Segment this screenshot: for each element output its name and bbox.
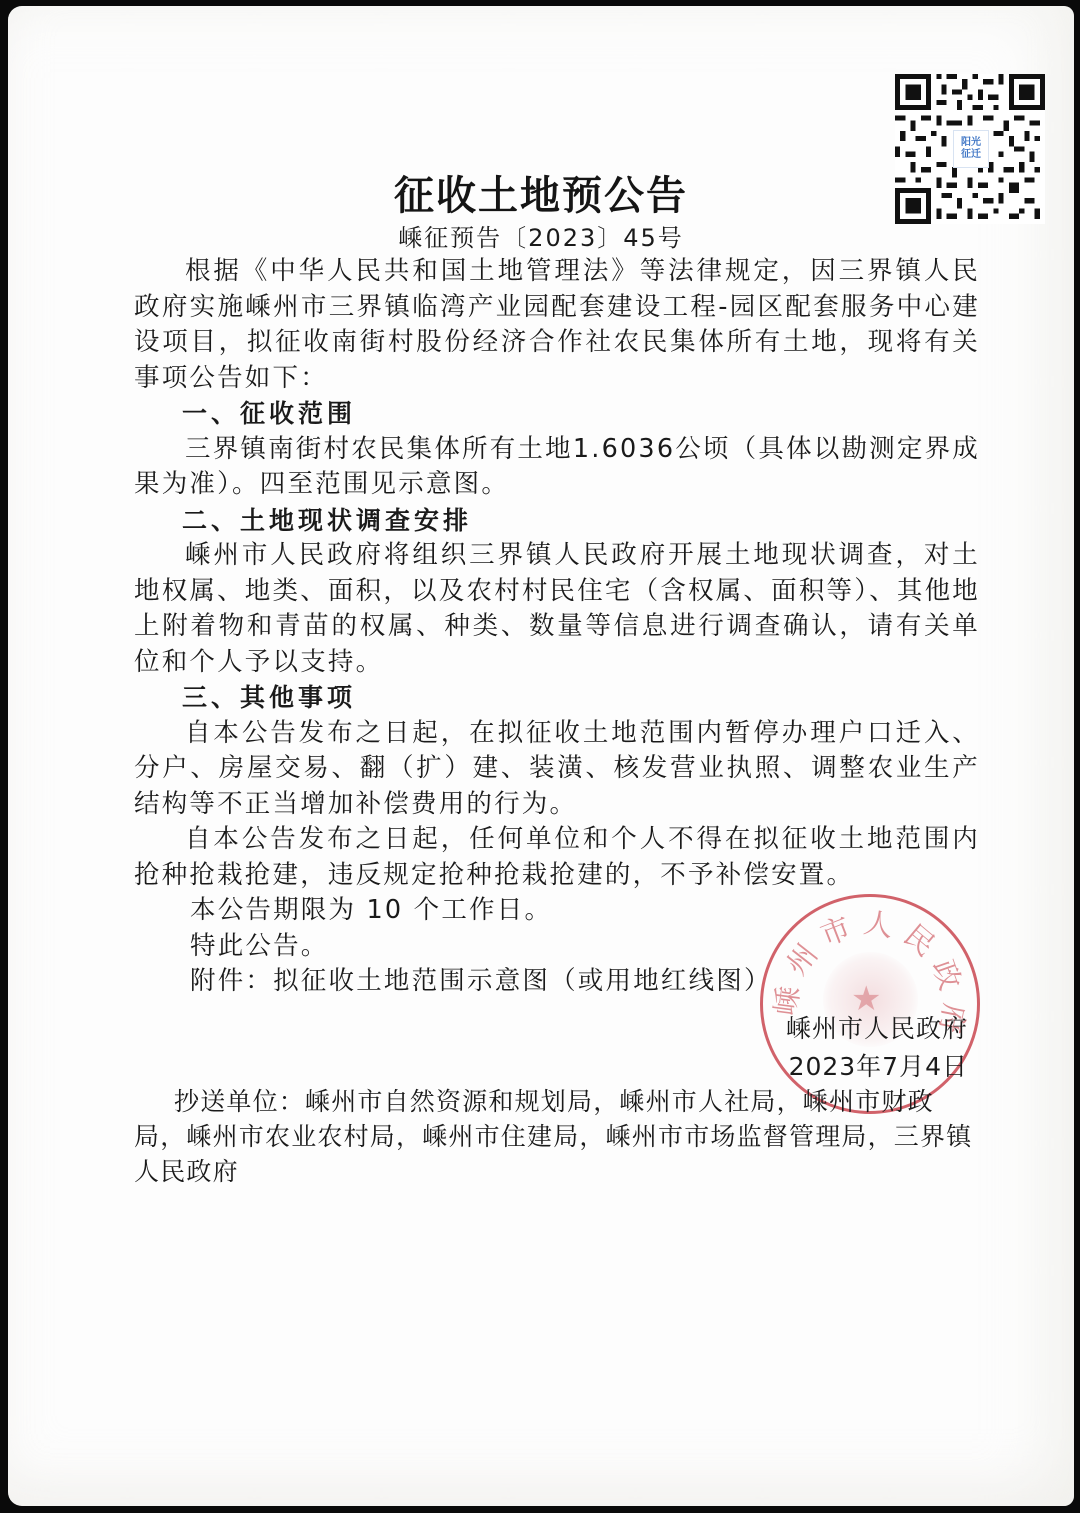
signature-block: 嵊州市人民政府 2023年7月4日 xyxy=(786,1010,968,1086)
issuer-name: 嵊州市人民政府 xyxy=(786,1010,968,1048)
notice-period: 本公告期限为 10 个工作日。 xyxy=(134,893,980,929)
document-number: 嵊征预告〔2023〕45号 xyxy=(8,218,1074,253)
document-title: 征收土地预公告 xyxy=(8,164,1074,221)
intro-paragraph: 根据《中华人民共和国土地管理法》等法律规定，因三界镇人民政府实施嵊州市三界镇临湾… xyxy=(134,254,980,396)
section-heading-other: 三、其他事项 xyxy=(134,680,980,716)
document-page: 阳光 征迁 征收土地预公告 嵊征预告〔2023〕45号 根据《中华人民共和国土地… xyxy=(8,6,1074,1506)
section-other-paragraph-1: 自本公告发布之日起，在拟征收土地范围内暂停办理户口迁入、分户、房屋交易、翻（扩）… xyxy=(134,716,980,823)
qr-badge-line2: 征迁 xyxy=(961,149,981,161)
cc-recipients: 抄送单位：嵊州市自然资源和规划局，嵊州市人社局，嵊州市财政局，嵊州市农业农村局，… xyxy=(134,1084,980,1189)
attachment-note: 附件：拟征收土地范围示意图（或用地红线图） xyxy=(134,964,980,1000)
section-other-paragraph-2: 自本公告发布之日起，任何单位和个人不得在拟征收土地范围内抢种抢栽抢建，违反规定抢… xyxy=(134,822,980,893)
document-body: 根据《中华人民共和国土地管理法》等法律规定，因三界镇人民政府实施嵊州市三界镇临湾… xyxy=(134,254,980,1000)
qr-logo-badge: 阳光 征迁 xyxy=(953,130,989,168)
section-scope-paragraph: 三界镇南街村农民集体所有土地1.6036公顷（具体以勘测定界成果为准）。四至范围… xyxy=(134,432,980,503)
section-heading-scope: 一、征收范围 xyxy=(134,396,980,432)
section-survey-paragraph: 嵊州市人民政府将组织三界镇人民政府开展土地现状调查，对土地权属、地类、面积，以及… xyxy=(134,538,980,680)
issue-date: 2023年7月4日 xyxy=(786,1048,968,1086)
closing-statement: 特此公告。 xyxy=(134,929,980,965)
qr-badge-line1: 阳光 xyxy=(961,137,981,149)
section-heading-survey: 二、土地现状调查安排 xyxy=(134,503,980,539)
